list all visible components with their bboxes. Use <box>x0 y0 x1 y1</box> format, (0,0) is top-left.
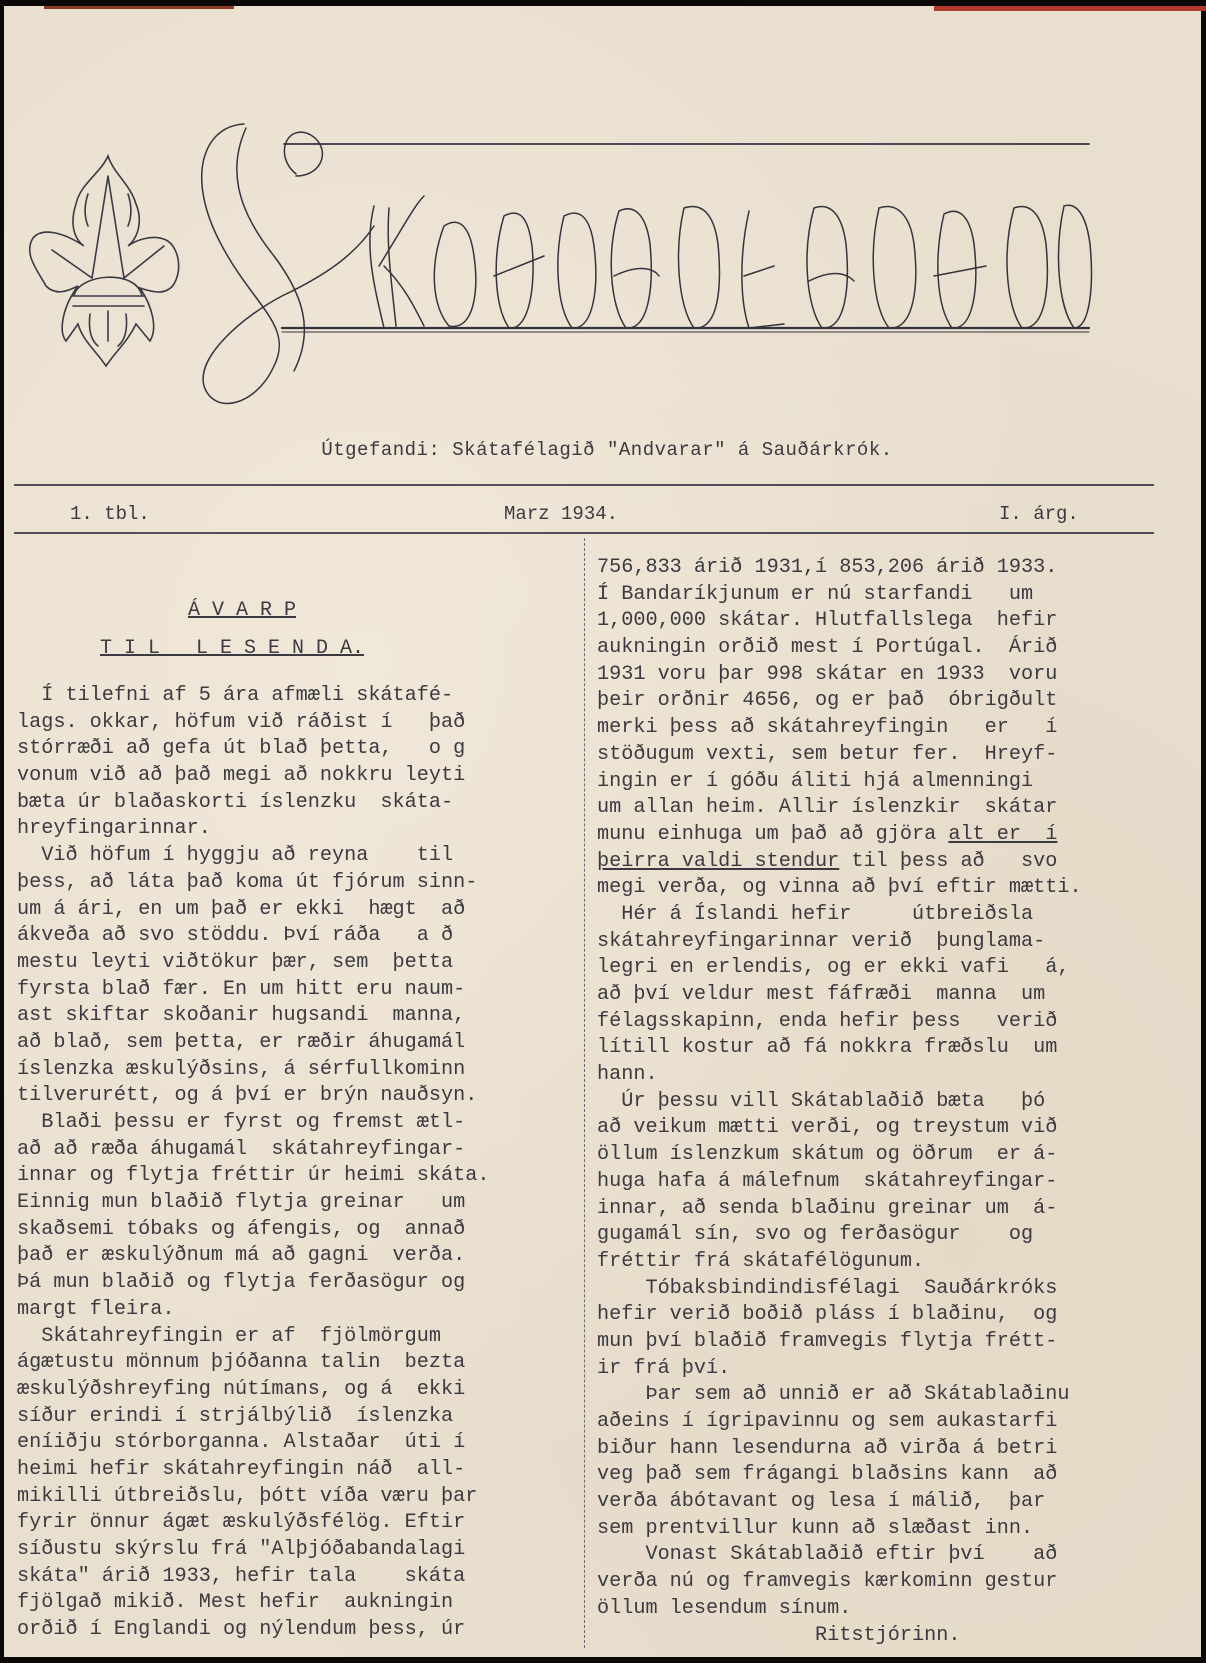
text-line: ágætustu mönnum þjóðanna talin bezta <box>17 1350 489 1377</box>
text-line: Úr þessu vill Skátablaðið bæta þó <box>597 1089 1082 1116</box>
text-line: munu einhuga um það að gjöra alt er í <box>597 822 1082 849</box>
text-line: bæta úr blaðaskorti íslenzku skáta- <box>17 790 489 817</box>
article-left-column: Í tilefni af 5 ára afmæli skátafé-lags. … <box>17 683 489 1644</box>
text-line: hefir verið boðið pláss í blaðinu, og <box>597 1302 1082 1329</box>
text-line: skáta" árið 1933, hefir tala skáta <box>17 1564 489 1591</box>
text-line: Við höfum í hyggju að reyna til <box>17 843 489 870</box>
text-line: orðið í Englandi og nýlendum þess, úr <box>17 1617 489 1644</box>
text-line: þeirra valdi stendur til þess að svo <box>597 849 1082 876</box>
publisher-line: Útgefandi: Skátafélagið "Andvarar" á Sau… <box>4 439 1206 461</box>
text-line: ir frá því. <box>597 1356 1082 1383</box>
text-line: aðeins í ígripavinnu og sem aukastarfi <box>597 1409 1082 1436</box>
text-line: Þar sem að unnið er að Skátablaðinu <box>597 1382 1082 1409</box>
text-line: legri en erlendis, og er ekki vafi á, <box>597 955 1082 982</box>
text-line: stórræði að gefa út blað þetta, o g <box>17 736 489 763</box>
text-line: öllum lesendum sínum. <box>597 1596 1082 1623</box>
text-line: Þá mun blaðið og flytja ferðasögur og <box>17 1270 489 1297</box>
text-line: margt fleira. <box>17 1297 489 1324</box>
text-line: merki þess að skátahreyfingin er í <box>597 715 1082 742</box>
text-line: mun því blaðið framvegis flytja frétt- <box>597 1329 1082 1356</box>
text-line: ingin er í góðu áliti hjá almenningi <box>597 769 1082 796</box>
text-line: Blaði þessu er fyrst og fremst ætl- <box>17 1110 489 1137</box>
text-line: innar, að senda blaðinu greinar um á- <box>597 1196 1082 1223</box>
text-line: Tóbaksbindindisfélagi Sauðárkróks <box>597 1276 1082 1303</box>
text-line: Í tilefni af 5 ára afmæli skátafé- <box>17 683 489 710</box>
text-line: hreyfingarinnar. <box>17 816 489 843</box>
article-right-column: 756,833 árið 1931,í 853,206 árið 1933.Í … <box>597 555 1082 1649</box>
text-line: Hér á Íslandi hefir útbreiðsla <box>597 902 1082 929</box>
column-divider <box>584 538 585 1648</box>
text-line: vonum við að það megi að nokkru leyti <box>17 763 489 790</box>
text-line: að blað, sem þetta, er ræðir áhugamál <box>17 1030 489 1057</box>
text-line: æskulýðshreyfing nútímans, og á ekki <box>17 1377 489 1404</box>
text-line: um allan heim. Allir íslenzkir skátar <box>597 795 1082 822</box>
underlined-phrase: þeirra valdi stendur <box>597 850 839 873</box>
text-line: það er æskulýðnum má að gagni verða. <box>17 1243 489 1270</box>
text-line: tilverurétt, og á því er brýn nauðsyn. <box>17 1083 489 1110</box>
article-title-line2: T I L L E S E N D A. <box>100 637 364 660</box>
text-line: stöðugum vexti, sem betur fer. Hreyf- <box>597 742 1082 769</box>
text-line: Skátahreyfingin er af fjölmörgum <box>17 1324 489 1351</box>
text-line: aukningin orðið mest í Portúgal. Árið <box>597 635 1082 662</box>
issue-date: Marz 1934. <box>504 503 618 525</box>
text-line: íslenzka æskulýðsins, á sérfullkominn <box>17 1057 489 1084</box>
text-line: hann. <box>597 1062 1082 1089</box>
text-line: síður erindi í strjálbýlið íslenzka <box>17 1404 489 1431</box>
text-line: Einnig mun blaðið flytja greinar um <box>17 1190 489 1217</box>
text-line: mikilli útbreiðslu, þótt víða væru þar <box>17 1484 489 1511</box>
text-line: fyrir önnur ágæt æskulýðsfélög. Eftir <box>17 1510 489 1537</box>
cover-edge-strip <box>44 6 234 9</box>
text-line: að veikum mætti verði, og treystum við <box>597 1115 1082 1142</box>
text-line: huga hafa á málefnum skátahreyfingar- <box>597 1169 1082 1196</box>
text-line: Vonast Skátablaðið eftir því að <box>597 1542 1082 1569</box>
text-line: skátahreyfingarinnar verið þunglama- <box>597 929 1082 956</box>
text-line: um á ári, en um það er ekki hægt að <box>17 897 489 924</box>
text-line: að því veldur mest fáfræði manna um <box>597 982 1082 1009</box>
text-line: félagsskapinn, enda hefir þess verið <box>597 1009 1082 1036</box>
text-line: 756,833 árið 1931,í 853,206 árið 1933. <box>597 555 1082 582</box>
text-line: fyrsta blað fær. En um hitt eru naum- <box>17 977 489 1004</box>
text-line: síðustu skýrslu frá "Alþjóðabandalagi <box>17 1537 489 1564</box>
text-line: megi verða, og vinna að því eftir mætti. <box>597 875 1082 902</box>
text-line: eníiðju stórborganna. Alstaðar úti í <box>17 1430 489 1457</box>
text-line: verða ábótavant og lesa í málið, þar <box>597 1489 1082 1516</box>
article-title-line1: Á V A R P <box>188 599 296 622</box>
text-line: ast skiftar skoðanir hugsandi manna, <box>17 1003 489 1030</box>
text-line: heimi hefir skátahreyfingin náð all- <box>17 1457 489 1484</box>
text-line: lags. okkar, höfum við ráðist í það <box>17 710 489 737</box>
text-line: fréttir frá skátafélögunum. <box>597 1249 1082 1276</box>
text-line: þeir orðnir 4656, og er það óbrigðult <box>597 688 1082 715</box>
text-line: mestu leyti viðtökur þær, sem þetta <box>17 950 489 977</box>
text-line: verða nú og framvegis kærkominn gestur <box>597 1569 1082 1596</box>
text-line: þess, að láta það koma út fjórum sinn- <box>17 870 489 897</box>
text-line: Ritstjórinn. <box>597 1623 1082 1650</box>
issue-number: 1. tbl. <box>70 503 150 525</box>
text-line: Í Bandaríkjunum er nú starfandi um <box>597 582 1082 609</box>
masthead-title-lettering: Skátablaðið <box>174 116 1154 426</box>
text-line: gugamál sín, svo og ferðasögur og <box>597 1222 1082 1249</box>
text-line: 1,000,000 skátar. Hlutfallslega hefir <box>597 608 1082 635</box>
newsletter-page: Skátablaðið Útgefandi: Skátafélagið " <box>4 6 1201 1657</box>
text-line: öllum íslenzkum skátum og öðrum er á- <box>597 1142 1082 1169</box>
scout-fleur-de-lis-icon <box>18 146 188 371</box>
issue-volume: I. árg. <box>999 503 1079 525</box>
text-line: veg það sem frágangi blaðsins kann að <box>597 1462 1082 1489</box>
text-line: sem prentvillur kunn að slæðast inn. <box>597 1516 1082 1543</box>
cover-edge-strip-red <box>934 6 1206 11</box>
text-line: innar og flytja fréttir úr heimi skáta. <box>17 1163 489 1190</box>
text-line: ákveða að svo stöddu. Því ráða a ð <box>17 923 489 950</box>
text-line: 1931 voru þar 998 skátar en 1933 voru <box>597 662 1082 689</box>
header-rule-top <box>14 484 1154 486</box>
text-line: fjölgað mikið. Mest hefir aukningin <box>17 1590 489 1617</box>
text-line: að að ræða áhugamál skátahreyfingar- <box>17 1137 489 1164</box>
text-line: biður hann lesendurna að virða á betri <box>597 1436 1082 1463</box>
text-line: skaðsemi tóbaks og áfengis, og annað <box>17 1217 489 1244</box>
header-rule-bottom <box>14 532 1154 534</box>
underlined-phrase: alt er í <box>948 823 1057 846</box>
text-line: lítill kostur að fá nokkra fræðslu um <box>597 1035 1082 1062</box>
